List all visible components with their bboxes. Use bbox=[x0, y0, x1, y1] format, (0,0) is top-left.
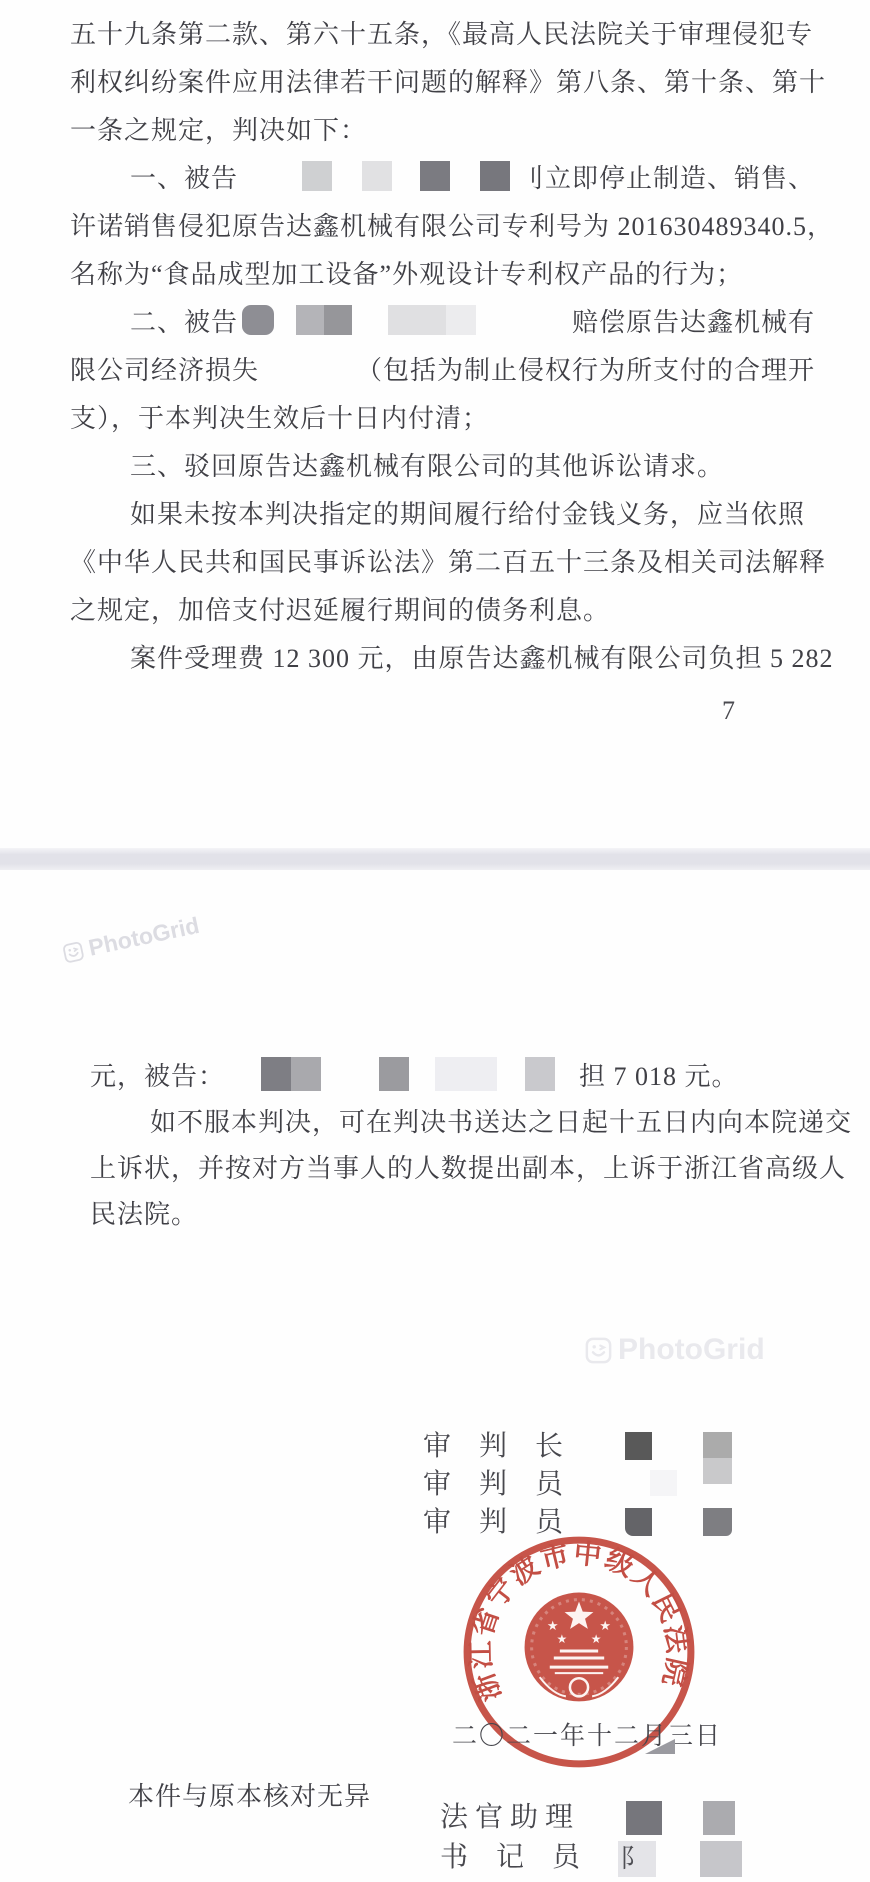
judge-assistant-row: 法 官 助 理 bbox=[440, 1798, 800, 1838]
body-line: 利权纠纷案件应用法律若干问题的解释》第八条、第十条、第十 bbox=[70, 56, 815, 104]
photogrid-watermark: PhotoGrid bbox=[585, 1333, 765, 1367]
judgment-item-2-line: 二、被告 赔偿原告达鑫机械有 bbox=[70, 296, 815, 344]
body-line: 之规定，加倍支付迟延履行期间的债务利息。 bbox=[70, 584, 815, 632]
collage-separator-band bbox=[0, 848, 870, 870]
emblem-star: ★ bbox=[556, 1632, 567, 1646]
redaction-block bbox=[291, 1057, 321, 1091]
body-line: 五十九条第二款、第六十五条，《最高人民法院关于审理侵犯专 bbox=[70, 8, 815, 56]
redaction-block bbox=[296, 305, 324, 335]
redaction-block bbox=[420, 161, 450, 191]
body-line: 支），于本判决生效后十日内付清； bbox=[70, 392, 815, 440]
redaction-block bbox=[703, 1432, 732, 1484]
redaction-strip bbox=[242, 305, 476, 335]
judgment-date: 二〇二一年十二月三日 bbox=[452, 1716, 732, 1752]
continuation-line: 元，被告： 担 7 018 元。 bbox=[90, 1051, 815, 1097]
redaction-block bbox=[362, 161, 392, 191]
appeal-line: 如不服本判决，可在判决书送达之日起十五日内向本院递交 bbox=[90, 1097, 815, 1143]
page2-text-block: 元，被告： 担 7 018 元。 如不服本判决，可在判决书送达之日起十五日内向本… bbox=[90, 1051, 815, 1235]
court-fee-line: 案件受理费 12 300 元，由原告达鑫机械有限公司负担 5 282 bbox=[70, 632, 815, 680]
item2-cont-right: （包括为制止侵权行为所支付的合理开 bbox=[356, 350, 815, 387]
body-line: 许诺销售侵犯原告达鑫机械有限公司专利号为 201630489340.5， bbox=[70, 200, 815, 248]
item2-prefix: 二、被告 bbox=[130, 302, 238, 339]
redaction-block bbox=[525, 1057, 555, 1091]
redaction-block bbox=[650, 1470, 677, 1496]
judgment-page-8: PhotoGrid 元，被告： 担 7 018 元。 如不服本判决，可在判决书送… bbox=[0, 870, 870, 1882]
emblem-star: ★ bbox=[547, 1618, 559, 1633]
appeal-line: 民法院。 bbox=[90, 1189, 815, 1235]
item2-suffix: 赔偿原告达鑫机械有 bbox=[572, 302, 815, 339]
redaction-block bbox=[480, 161, 510, 191]
redaction-block bbox=[703, 1508, 732, 1536]
watermark-label: PhotoGrid bbox=[86, 912, 202, 962]
photogrid-smiley-icon bbox=[61, 940, 85, 964]
judges-signature-block: 审 判 长 审 判 员 审 判 员 bbox=[423, 1428, 783, 1542]
body-line: 如果未按本判决指定的期间履行给付金钱义务，应当依照 bbox=[70, 488, 815, 536]
redaction-strip bbox=[302, 161, 510, 191]
redaction-block: 阝 bbox=[618, 1841, 656, 1877]
item1-prefix: 一、被告 bbox=[130, 158, 238, 195]
redaction-block bbox=[302, 161, 332, 191]
redaction-block bbox=[261, 1057, 291, 1091]
body-line: 名称为“食品成型加工设备”外观设计专利权产品的行为； bbox=[70, 248, 815, 296]
photogrid-watermark: PhotoGrid bbox=[61, 912, 202, 967]
redaction-block bbox=[242, 305, 274, 335]
redaction-block bbox=[703, 1801, 735, 1835]
redaction-block bbox=[379, 1057, 409, 1091]
page1-text-block: 五十九条第二款、第六十五条，《最高人民法院关于审理侵犯专 利权纠纷案件应用法律若… bbox=[70, 8, 815, 680]
court-judgment-photo: 五十九条第二款、第六十五条，《最高人民法院关于审理侵犯专 利权纠纷案件应用法律若… bbox=[0, 0, 870, 1882]
judgment-item-3-line: 三、驳回原告达鑫机械有限公司的其他诉讼请求。 bbox=[70, 440, 815, 488]
partially-redacted-glyph: 阝 bbox=[618, 1841, 656, 1877]
redaction-block bbox=[626, 1801, 662, 1835]
clerk-signature-block: 法 官 助 理 书 记 员 阝 bbox=[440, 1798, 800, 1882]
judgment-page-7: 五十九条第二款、第六十五条，《最高人民法院关于审理侵犯专 利权纠纷案件应用法律若… bbox=[0, 0, 870, 848]
emblem-star: ★ bbox=[599, 1618, 611, 1633]
watermark-label: PhotoGrid bbox=[618, 1333, 765, 1367]
redaction-block bbox=[625, 1432, 652, 1460]
body-line: 《中华人民共和国民事诉讼法》第二百五十三条及相关司法解释 bbox=[70, 536, 815, 584]
redaction-strip bbox=[261, 1057, 555, 1091]
item2-cont-left: 限公司经济损失 bbox=[70, 350, 259, 387]
verification-note: 本件与原本核对无异 bbox=[128, 1776, 371, 1813]
cont-suffix: 担 7 018 元。 bbox=[579, 1056, 739, 1093]
page-number: 7 bbox=[722, 696, 735, 726]
redaction-block bbox=[700, 1841, 742, 1877]
emblem-star: ★ bbox=[591, 1632, 602, 1646]
body-line-with-redacted-amount: 限公司经济损失 （包括为制止侵权行为所支付的合理开 bbox=[70, 344, 815, 392]
redaction-block bbox=[446, 305, 476, 335]
redaction-block bbox=[324, 305, 352, 335]
appeal-line: 上诉状，并按对方当事人的人数提出副本，上诉于浙江省高级人 bbox=[90, 1143, 815, 1189]
judgment-item-1-line: 一、被告 刂立即停止制造、销售、 bbox=[70, 152, 815, 200]
body-line: 一条之规定，判决如下： bbox=[70, 104, 815, 152]
redaction-block bbox=[435, 1057, 497, 1091]
cont-prefix: 元，被告： bbox=[90, 1056, 225, 1093]
photogrid-smiley-icon bbox=[585, 1337, 612, 1364]
item1-suffix: 刂立即停止制造、销售、 bbox=[518, 158, 815, 195]
redaction-block bbox=[388, 305, 446, 335]
